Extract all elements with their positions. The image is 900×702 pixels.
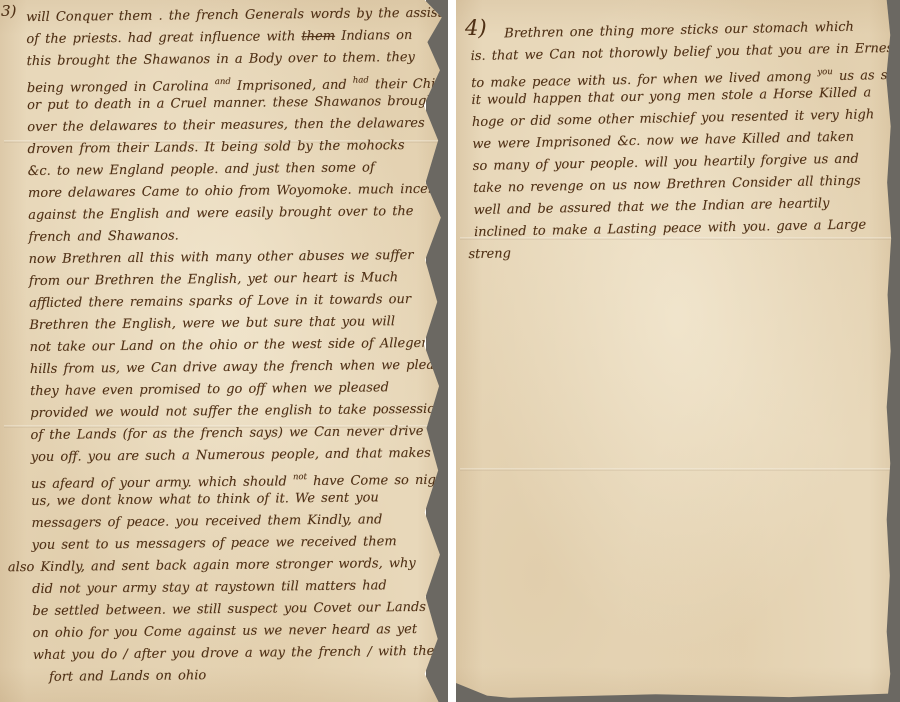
paper-left: 3) will Conquer them . the french Genera…	[0, 0, 448, 702]
manuscript-line: us afeard of your army. which should not…	[31, 465, 449, 491]
manuscript-line: what you do / after you drove a way the …	[33, 641, 451, 667]
scanner-backing-left	[426, 0, 448, 702]
page-text-right: Brethren one thing more sticks our stoma…	[470, 16, 897, 266]
manuscript-line: fort and Lands on ohio	[49, 663, 451, 689]
manuscript-page-right: 4) Brethren one thing more sticks our st…	[456, 0, 900, 702]
manuscript-page-left: 3) will Conquer them . the french Genera…	[0, 0, 448, 702]
page-number-left: 3)	[1, 2, 16, 20]
manuscript-line: droven from their Lands. It being sold b…	[27, 135, 445, 161]
paper-right: 4) Brethren one thing more sticks our st…	[456, 0, 900, 702]
scan-background: 3) will Conquer them . the french Genera…	[0, 0, 900, 702]
fold-crease	[460, 468, 896, 471]
manuscript-line: against the English and were easily brou…	[28, 201, 446, 227]
page-text-left: will Conquer them . the french Generals …	[26, 3, 451, 689]
